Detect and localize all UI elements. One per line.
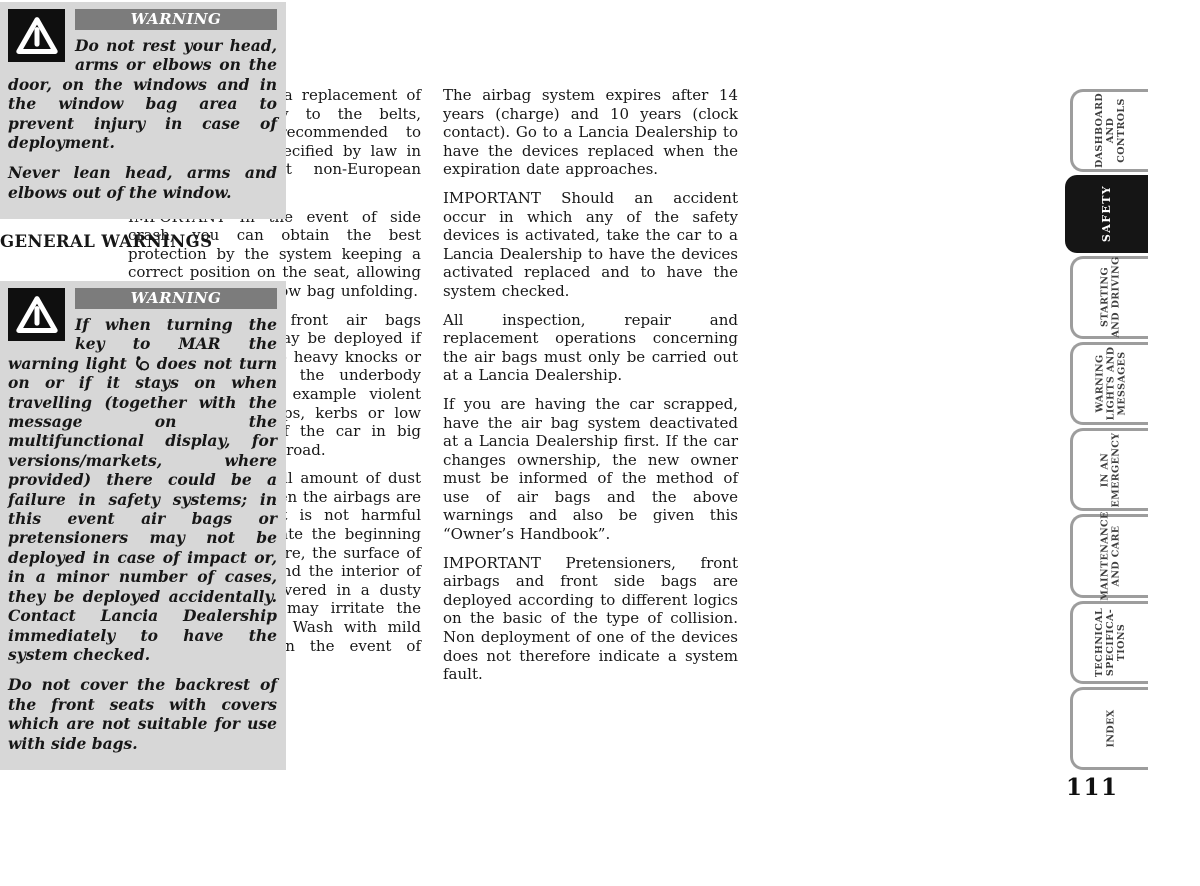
- section-heading: GENERAL WARNINGS: [0, 232, 212, 251]
- tab-label: MAINTENANCEAND CARE: [1100, 511, 1122, 600]
- paragraph: Never lean head, arms and elbows out of …: [8, 163, 277, 202]
- warning-box-general: WARNING If when turning the key to MAR t…: [0, 281, 286, 770]
- tab-label: TECHNICALSPECIFICA-TIONS: [1094, 608, 1127, 677]
- paragraph: IMPORTANT Should an accident occur in wh…: [443, 189, 738, 301]
- tab-maintenance-and-care[interactable]: MAINTENANCEAND CARE: [1070, 514, 1148, 597]
- warnings-column: WARNING Do not rest your head, arms or e…: [0, 0, 286, 700]
- warning-title-bar: WARNING: [75, 288, 277, 309]
- chapter-tabs: DASHBOARDANDCONTROLSSAFETYSTARTINGAND DR…: [1070, 89, 1148, 770]
- middle-text-column: The airbag system expires after 14 years…: [443, 86, 738, 694]
- paragraph: All inspection, repair and replacement o…: [443, 311, 738, 385]
- tab-label: IN ANEMERGENCY: [1100, 432, 1122, 507]
- warning-title-bar: WARNING: [75, 9, 277, 30]
- warning-triangle-icon: [8, 9, 65, 62]
- tab-index[interactable]: INDEX: [1070, 687, 1148, 770]
- warning-triangle-icon: [8, 288, 65, 341]
- tab-starting-and-driving[interactable]: STARTINGAND DRIVING: [1070, 256, 1148, 339]
- tab-dashboard-and-controls[interactable]: DASHBOARDANDCONTROLS: [1070, 89, 1148, 172]
- paragraph: IMPORTANT Pretensioners, front airbags a…: [443, 554, 738, 684]
- warning-box-window-bag: WARNING Do not rest your head, arms or e…: [0, 2, 286, 219]
- tab-label: INDEX: [1105, 709, 1116, 747]
- page-number: 111: [1066, 774, 1119, 801]
- tab-in-an-emergency[interactable]: IN ANEMERGENCY: [1070, 428, 1148, 511]
- tab-safety[interactable]: SAFETY: [1065, 175, 1148, 252]
- manual-page: Side bags are not a replacement of but c…: [0, 0, 1200, 886]
- tab-label: STARTINGAND DRIVING: [1100, 257, 1122, 338]
- warning-paragraph-with-light-icon: If when turning the key to MAR the warni…: [8, 315, 277, 664]
- tab-label: WARNINGLIGHTS ANDMESSAGES: [1094, 347, 1127, 421]
- tab-label: DASHBOARDANDCONTROLS: [1094, 93, 1127, 168]
- tab-warning-lights-and-messages[interactable]: WARNINGLIGHTS ANDMESSAGES: [1070, 342, 1148, 425]
- tab-label: SAFETY: [1101, 185, 1112, 242]
- paragraph: If you are having the car scrapped, have…: [443, 395, 738, 544]
- airbag-warning-light-icon: [135, 356, 149, 371]
- warning-paragraph: Do not cover the backrest of the front s…: [8, 675, 277, 753]
- tab-technical-specifications[interactable]: TECHNICALSPECIFICA-TIONS: [1070, 601, 1148, 684]
- paragraph: The airbag system expires after 14 years…: [443, 86, 738, 179]
